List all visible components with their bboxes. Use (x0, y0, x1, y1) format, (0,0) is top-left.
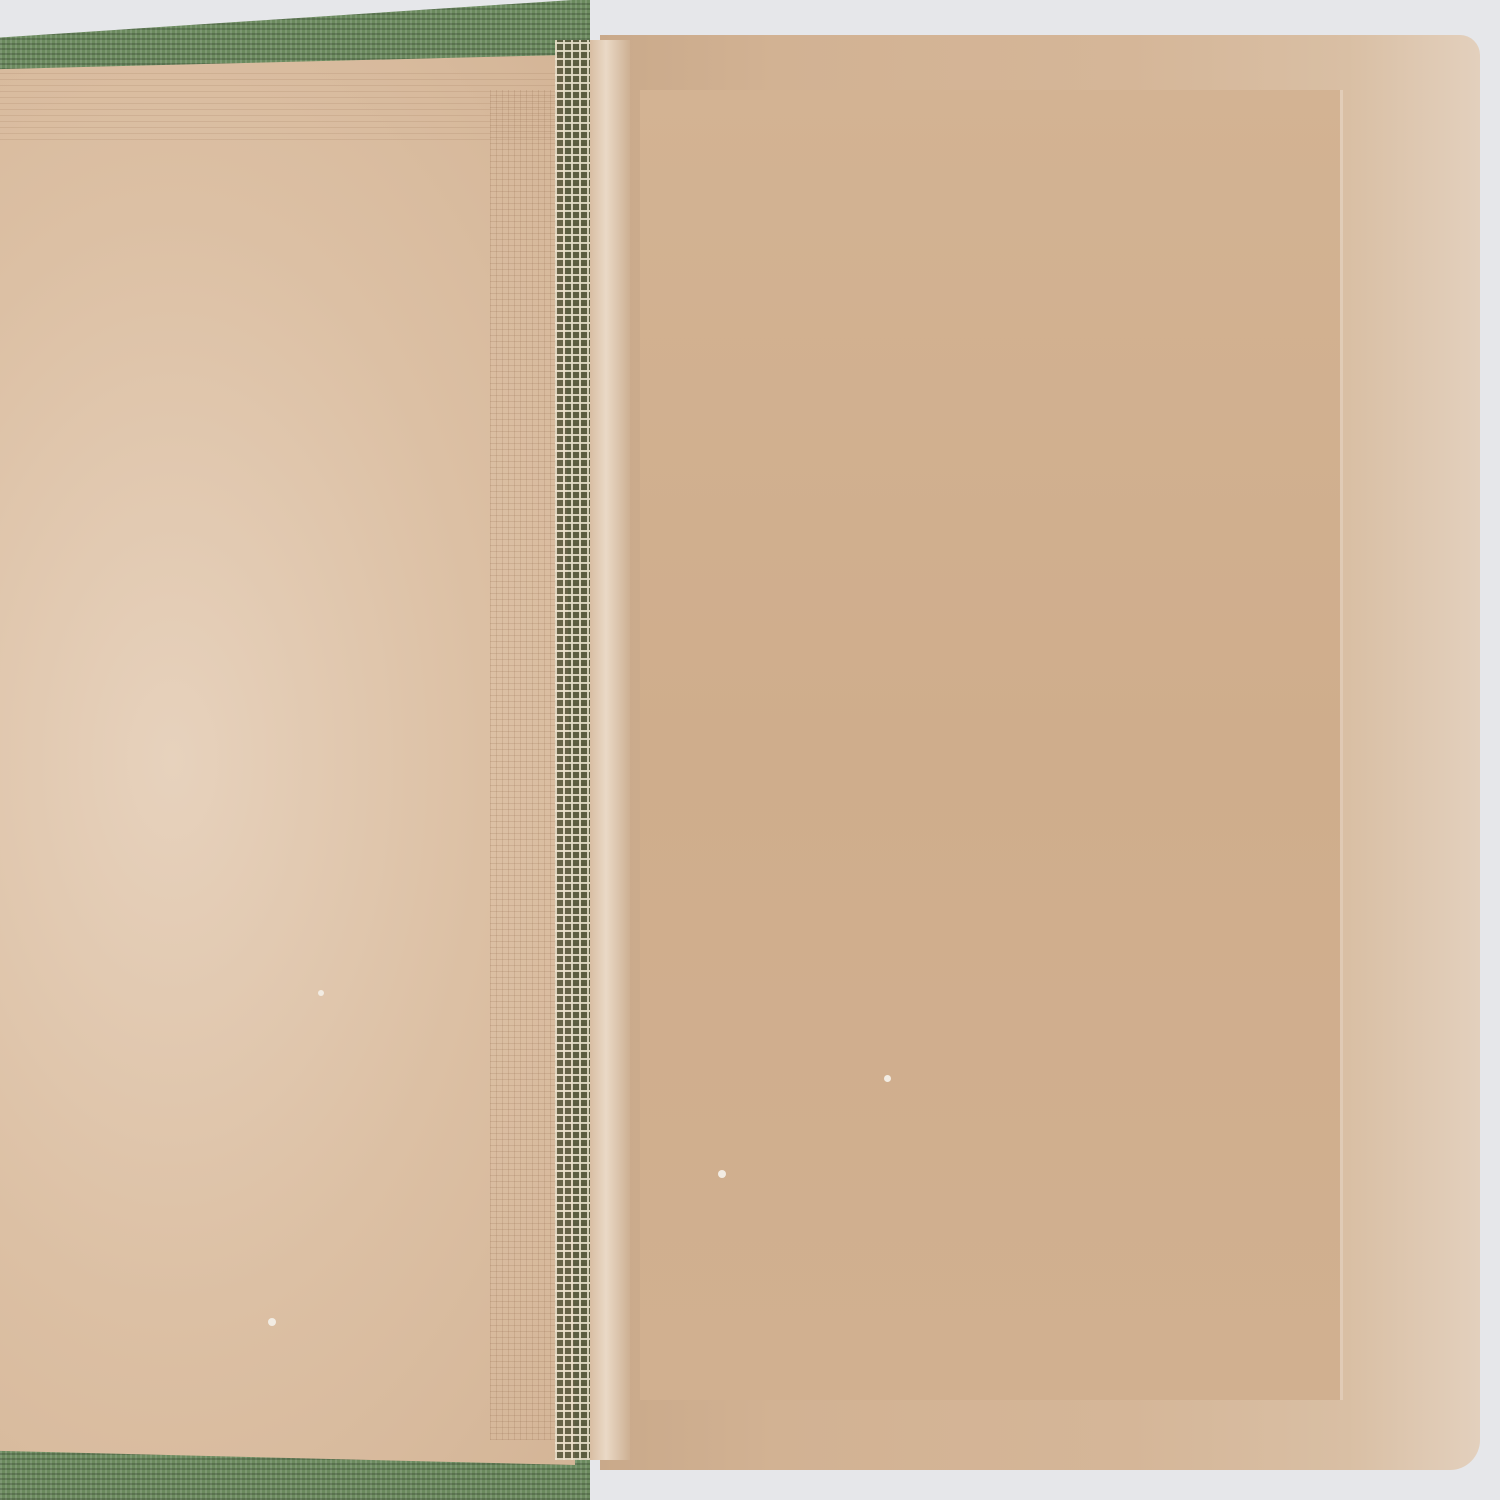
top-mesh-band (0, 70, 560, 140)
left-endpaper (0, 55, 575, 1465)
spine-paper-edge (590, 40, 630, 1460)
book-photo (0, 0, 1500, 1500)
right-page-inner (640, 90, 1343, 1400)
paper-speck (318, 990, 324, 996)
hinge-mesh (490, 90, 560, 1440)
paper-speck (718, 1170, 726, 1178)
paper-speck (884, 1075, 891, 1082)
paper-speck (268, 1318, 276, 1326)
